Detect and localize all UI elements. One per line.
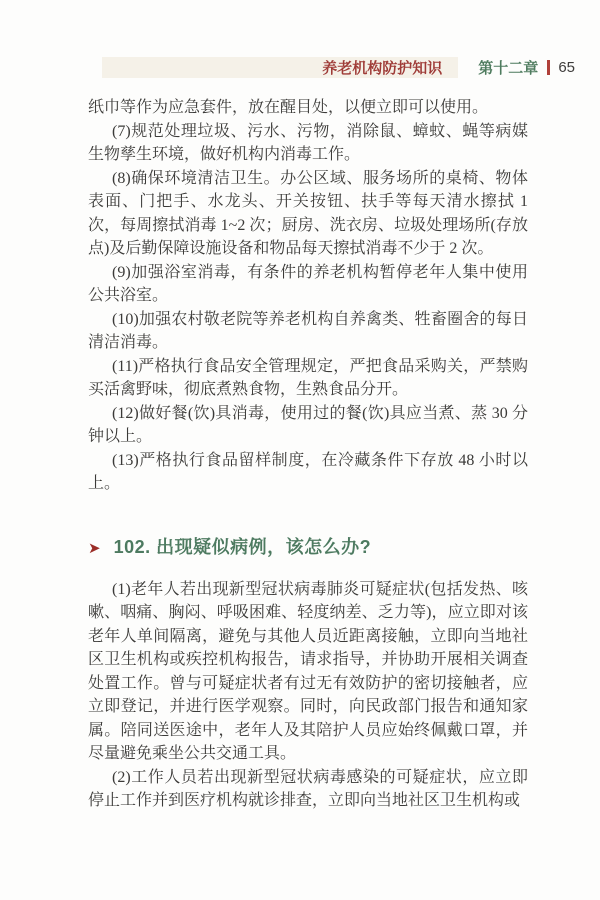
section-heading: ➤ 102. 出现疑似病例，该怎么办?	[88, 535, 528, 561]
list-item-12: (12)做好餐(饮)具消毒，使用过的餐(饮)具应当煮、蒸 30 分钟以上。	[88, 402, 528, 449]
answer-paragraph-2: (2)工作人员若出现新型冠状病毒感染的可疑症状，应立即停止工作并到医疗机构就诊排…	[88, 766, 528, 813]
list-item-10: (10)加强农村敬老院等养老机构自养禽类、牲畜圈舍的每日清洁消毒。	[88, 308, 528, 355]
list-item-11: (11)严格执行食品安全管理规定，严把食品采购关，严禁购买活禽野味，彻底煮熟食物…	[88, 355, 528, 402]
page-number: 65	[558, 59, 575, 76]
list-item-7: (7)规范处理垃圾、污水、污物，消除鼠、蟑蚊、蝇等病媒生物孳生环境，做好机构内消…	[88, 120, 528, 167]
book-page: 养老机构防护知识 第十二章 65 纸巾等作为应急套件，放在醒目处，以便立即可以使…	[0, 0, 600, 900]
page-number-divider	[547, 60, 550, 75]
section-heading-text: 102. 出现疑似病例，该怎么办?	[114, 535, 372, 559]
chapter-label: 第十二章	[478, 57, 538, 78]
running-head: 养老机构防护知识 第十二章 65	[0, 57, 575, 78]
list-item-8: (8)确保环境清洁卫生。办公区域、服务场所的桌椅、物体表面、门把手、水龙头、开关…	[88, 167, 528, 261]
list-item-13: (13)严格执行食品留样制度，在冷藏条件下存放 48 小时以上。	[88, 449, 528, 496]
list-item-9: (9)加强浴室消毒，有条件的养老机构暂停老年人集中使用公共浴室。	[88, 261, 528, 308]
paragraph-continuation: 纸巾等作为应急套件，放在醒目处，以便立即可以使用。	[88, 96, 528, 120]
page-body: 纸巾等作为应急套件，放在醒目处，以便立即可以使用。 (7)规范处理垃圾、污水、污…	[88, 96, 528, 813]
answer-paragraph-1: (1)老年人若出现新型冠状病毒肺炎可疑症状(包括发热、咳嗽、咽痛、胸闷、呼吸困难…	[88, 578, 528, 766]
running-head-title: 养老机构防护知识	[322, 57, 442, 78]
arrow-marker-icon: ➤	[88, 537, 101, 561]
